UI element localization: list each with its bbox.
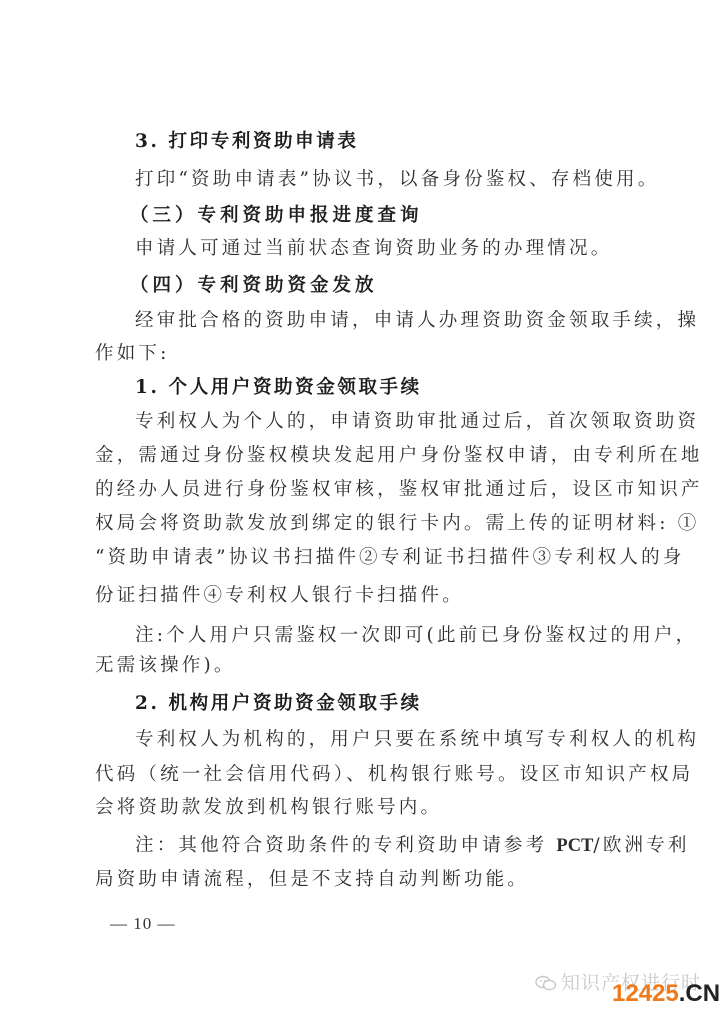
section-heading: （三）专利资助申报进度查询 <box>130 204 423 228</box>
paragraph-line: 打印“资助申请表”协议书，以备身份鉴权、存档使用。 <box>135 168 659 192</box>
pct-term: PCT <box>556 836 593 856</box>
paragraph-line: 份证扫描件④专利权人银行卡扫描件。 <box>95 584 464 608</box>
paragraph-line: 权局会将资助款发放到绑定的银行卡内。需上传的证明材料: ① <box>95 512 699 536</box>
note-prefix: 注：其他符合资助条件的专利资助申请参考 <box>135 835 556 856</box>
paragraph-line: 代码（统一社会信用代码）、机构银行账号。设区市知识产权局 <box>95 763 693 787</box>
logo-domain: .CN <box>679 980 720 1007</box>
note-paragraph-line-1: 注：其他符合资助条件的专利资助申请参考 PCT/欧洲专利 <box>135 834 690 858</box>
paragraph-line: 会将资助款发放到机构银行账号内。 <box>95 796 442 820</box>
section-heading: 3. 打印专利资助申请表 <box>135 130 358 154</box>
page-number: — 10 — <box>110 914 176 934</box>
paragraph-line: 专利权人为个人的，申请资助审批通过后，首次领取资助资 <box>135 410 699 434</box>
section-heading: 2. 机构用户资助资金领取手续 <box>135 692 422 716</box>
paragraph-line: 的经办人员进行身份鉴权审核，鉴权审批通过后，设区市知识产 <box>95 478 703 502</box>
paragraph-line: 作如下: <box>95 342 170 366</box>
paragraph-line: 专利权人为机构的，用户只要在系统中填写专利权人的机构 <box>135 728 699 752</box>
section-heading: 1. 个人用户资助资金领取手续 <box>135 376 422 400</box>
site-logo: 12425.CN <box>612 980 720 1008</box>
wechat-icon <box>535 974 557 990</box>
paragraph-line: 注:个人用户只需鉴权一次即可(此前已身份鉴权过的用户， <box>135 624 697 648</box>
paragraph-line: 申请人可通过当前状态查询资助业务的办理情况。 <box>135 237 612 261</box>
section-heading: （四）专利资助资金发放 <box>130 274 378 298</box>
note-paragraph-line-2: 局资助申请流程，但是不支持自动判断功能。 <box>95 868 529 892</box>
paragraph-line: 无需该操作)。 <box>95 654 236 678</box>
paragraph-line: 金，需通过身份鉴权模块发起用户身份鉴权申请，由专利所在地 <box>95 444 703 468</box>
note-suffix: /欧洲专利 <box>593 835 689 856</box>
paragraph-line: “资助申请表”协议书扫描件②专利证书扫描件③专利权人的身 <box>95 546 685 570</box>
logo-number: 12425 <box>612 980 679 1007</box>
paragraph-line: 经审批合格的资助申请，申请人办理资助资金领取手续，操 <box>135 309 699 333</box>
